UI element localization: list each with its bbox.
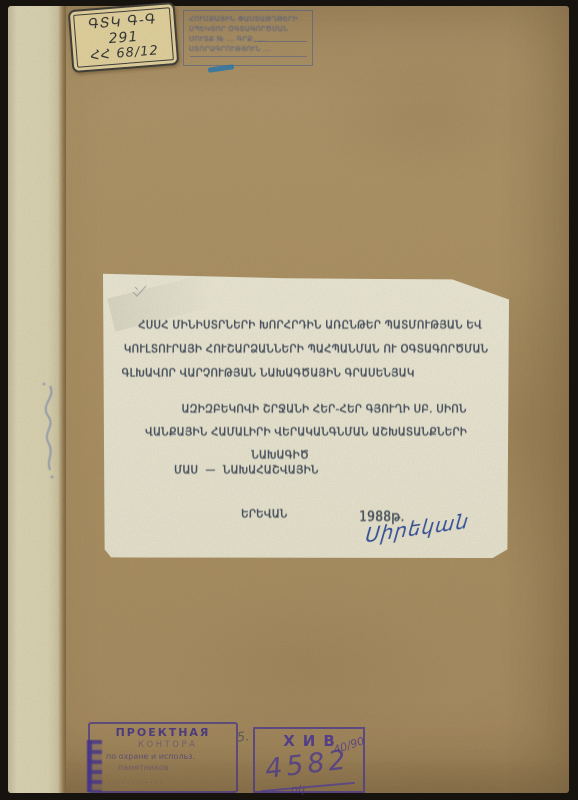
pencil-number: 5.	[236, 729, 250, 745]
project-title: ԱԶԻԶԲԵԿՈՎԻ ՇՐՋԱՆԻ ՀԵՐ-ՀԵՐ ԳՅՈՒՂԻ ՍԲ. ՍԻՈ…	[103, 396, 509, 465]
org-line: ԳԼԽԱՎՈՐ ՎԱՐՉՈՒԹՅԱՆ ՆԱԽԱԳԾԱՅԻՆ ԳՐԱՍԵՆՅԱԿ	[65, 360, 471, 388]
handwritten-initials: ռկ	[291, 783, 305, 796]
city-name: ԵՐԵՎԱՆ	[241, 508, 287, 521]
kraft-cover: ԳՏԿ Գ-Գ 291 ՀՀ 68/12 ՀՈՒՄՔԱՅԻՆ ՓԱՍՏԱԹՂԹԵ…	[8, 6, 569, 793]
stamp-text-line: по охране и использ.	[106, 752, 195, 761]
spine-strip	[8, 6, 66, 793]
stamp-text-line: ՀՈՒՄՔԱՅԻՆ ՓԱՍՏԱԹՂԹԵՐԻ	[189, 15, 298, 23]
stamp-rule-line	[190, 56, 307, 57]
organization-heading: ՀՍՍՀ ՄԻՆԻՍՏՐՆԵՐԻ ԽՈՐՀՐԴԻՆ ԱՌԸՆԹԵՐ ՊԱՏՄՈՒ…	[103, 312, 509, 384]
check-scribble	[131, 284, 149, 298]
stamp-smudge-bar	[87, 740, 102, 792]
stamp-text-line: ․․․․․․․․․․․․	[108, 776, 164, 785]
stamp-text-line: КОНТОРА	[138, 740, 197, 750]
khiv-number-stamp: ХИВ 4582 ռկ 40/90	[253, 727, 365, 793]
scanned-folder-cover: ԳՏԿ Գ-Գ 291 ՀՀ 68/12 ՀՈՒՄՔԱՅԻՆ ՓԱՍՏԱԹՂԹԵ…	[0, 0, 578, 800]
archive-code-line: ՀՀ 68/12	[90, 43, 159, 64]
archive-code-label: ԳՏԿ Գ-Գ 291 ՀՀ 68/12	[68, 2, 180, 73]
stamp-rule-line	[254, 41, 307, 42]
title-page-label: ՀՍՍՀ ՄԻՆԻՍՏՐՆԵՐԻ ԽՈՐՀՐԴԻՆ ԱՌԸՆԹԵՐ ՊԱՏՄՈՒ…	[103, 272, 509, 558]
registration-stamp: ՀՈՒՄՔԱՅԻՆ ՓԱՍՏԱԹՂԹԵՐԻ ՍՊԵԿՏՈՐ ՕԳՏԱԳՈՐԾՄԱ…	[183, 10, 313, 66]
part-designation: ՄԱՍ — ՆԱԽԱՀԱՇՎԱՅԻՆ	[174, 464, 319, 477]
margin-scribble	[34, 382, 64, 482]
stamp-text-line: памятников	[118, 763, 169, 772]
project-office-stamp: ПРОЕКТНАЯ КОНТОРА по охране и использ. п…	[88, 722, 238, 793]
stamp-text-line: ՍՊԵԿՏՈՐ ՕԳՏԱԳՈՐԾՄԱՆ	[189, 25, 288, 33]
stamp-text-line: ՍՏՈՐԱԳՐՈՒԹՅՈՒՆ ․․․	[189, 45, 271, 53]
stamp-text-line: ПРОЕКТНАЯ	[90, 726, 236, 739]
